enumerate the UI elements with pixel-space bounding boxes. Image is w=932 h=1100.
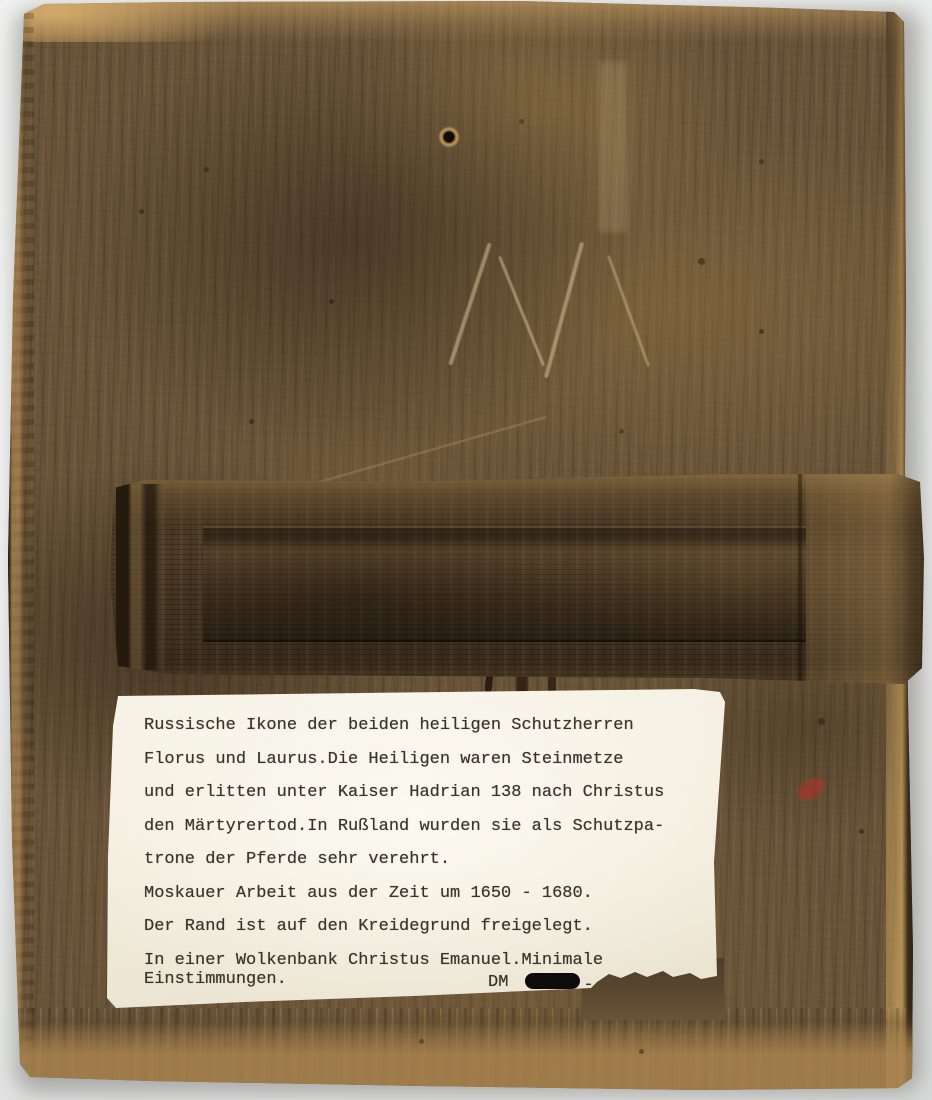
red-paint-mark (794, 773, 829, 804)
batten-end-seam (798, 468, 802, 690)
nail-hole (438, 126, 460, 148)
batten-raised-field (203, 526, 806, 642)
scratch-mark (607, 255, 650, 367)
label-text: Russische Ikone der beiden heiligen Schu… (144, 716, 726, 992)
panel-top-edge-highlight (0, 0, 932, 42)
wood-specks (0, 0, 3, 3)
wood-pale-streak (598, 62, 628, 232)
label-line: Florus und Laurus.Die Heiligen waren Ste… (144, 750, 726, 784)
scratch-mark (498, 256, 545, 367)
label-line: In einer Wolkenbank Christus Emanuel.Min… (144, 951, 726, 970)
scratch-mark (544, 242, 584, 378)
label-last-line-text: Einstimmungen. (144, 970, 287, 989)
batten-protruding-end (806, 472, 926, 685)
photo-of-icon-back: Russische Ikone der beiden heiligen Schu… (0, 0, 932, 1100)
price-redaction-mark (525, 973, 580, 989)
paper-label: Russische Ikone der beiden heiligen Schu… (94, 686, 736, 1012)
batten-left-notch (116, 484, 164, 670)
batten-slat (108, 468, 926, 690)
label-line: trone der Pferde sehr verehrt. (144, 850, 726, 884)
label-line: Moskauer Arbeit aus der Zeit um 1650 - 1… (144, 884, 726, 918)
scratch-mark (448, 243, 491, 366)
price-currency: DM (488, 973, 508, 992)
label-line: den Märtyrertod.In Rußland wurden sie al… (144, 817, 726, 851)
label-line: und erlitten unter Kaiser Hadrian 138 na… (144, 783, 726, 817)
label-line: Russische Ikone der beiden heiligen Schu… (144, 716, 726, 750)
label-line: Der Rand ist auf den Kreidegrund freigel… (144, 917, 726, 951)
scratch-mark (315, 416, 546, 484)
